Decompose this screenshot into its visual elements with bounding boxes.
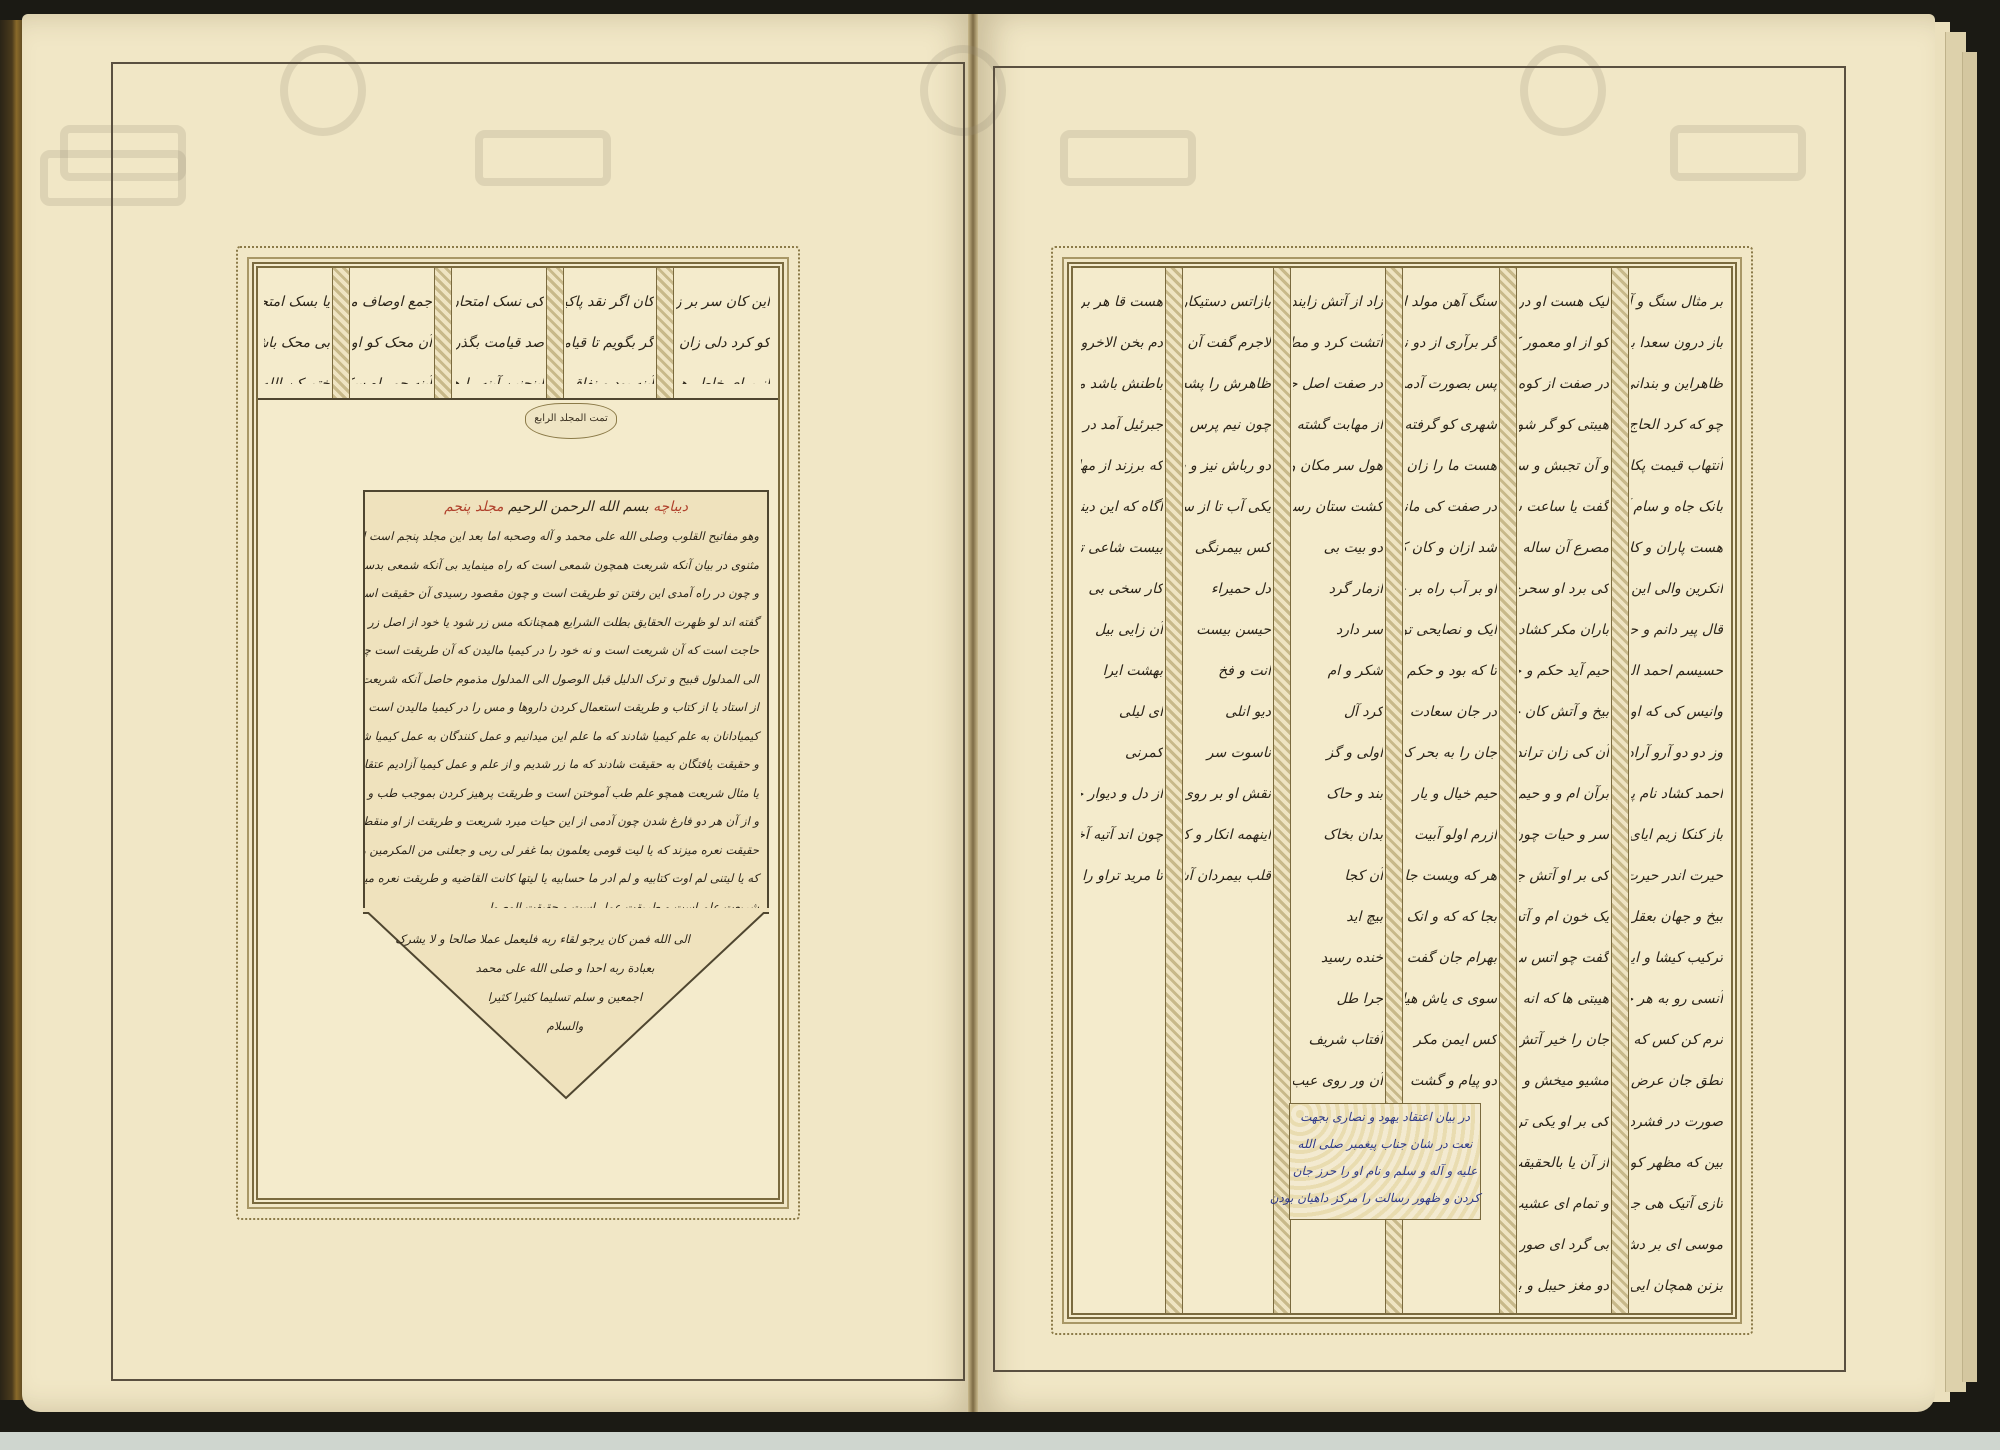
verse-column: لیک هست او در صفت آتش کو از او معمور کرد… — [1519, 282, 1609, 1299]
preface-line: که یا لیتنی لم اوت کتابیه و لم ادر ما حس… — [373, 864, 759, 893]
verse-line: از مهابت گشته سر مصطفی — [1293, 405, 1383, 446]
verse-line: لاجرم گفت آن رسول ذوفنون — [1185, 323, 1271, 364]
verse-line: ای لیلی — [1081, 692, 1163, 733]
verse-line: کشت ستان رسیدن — [1293, 487, 1383, 528]
preface-line: حاجت است که آن شریعت است و نه خود را در … — [373, 636, 759, 665]
verse-line: و تمام ای عشیت ح — [1519, 1184, 1609, 1225]
verse-line: یا بسک امتحان شوش بی — [264, 282, 330, 323]
verse-line: موسی ای بر دش وقت — [1631, 1225, 1723, 1266]
column-divider — [656, 268, 674, 398]
preface-line: یا مثال شریعت همچو علم طب آموختن است و ط… — [373, 779, 759, 808]
preface-line: و از آن هر دو فارغ شدن چون آدمی از این ح… — [373, 807, 759, 836]
preface-tail-text: الی الله فمن کان یرجو لقاء ربه فلیعمل عم… — [440, 925, 690, 1041]
verse-line: نقش او بر روی نوروز — [1185, 774, 1271, 815]
verse-line: باطنش باشد محیط هفت چرخ — [1081, 364, 1163, 405]
verse-line: گر برآری از دو نیت آتشی — [1405, 323, 1497, 364]
verse-line: هیبتی کو گر شود زان سنگی — [1519, 405, 1609, 446]
verse-line: در صفت کی ماند از ایمن — [1405, 487, 1497, 528]
verse-line: از آن یا بالحقیقت ح — [1519, 1143, 1609, 1184]
verse-line: هست پاران و کلاب علم — [1631, 528, 1723, 569]
verse-line: جبرئیل آمد در افزوش کشید — [1081, 405, 1163, 446]
verse-line: کان اگر نقد پاکیزه بی — [566, 282, 654, 323]
verse-line: حیم خیال و یار — [1405, 774, 1497, 815]
verse-line: هر که ویست جان — [1405, 856, 1497, 897]
verse-line: احمد کشاد نام پشیل — [1631, 774, 1723, 815]
verse-line: شد ازان و کان کار — [1405, 528, 1497, 569]
verse-line: بهرام جان گفت — [1405, 938, 1497, 979]
verse-line: بین که مظهر کو جان — [1631, 1143, 1723, 1184]
rubric-heading-box: در بیان اعتقاد یهود و نصاری بجهت نعت در … — [1289, 1103, 1481, 1220]
preface-tail-line: بعبادة ربه احدا و صلی الله علی محمد — [440, 954, 690, 983]
verse-line: در صفت از کوه آهن وار دون — [1519, 364, 1609, 405]
preface-line: و چون در راه آمدی این رفتن تو طریقت است … — [373, 579, 759, 608]
verse-line: حیرت اندر حیرت آمد — [1631, 856, 1723, 897]
verse-column: بازاتس دستیکار روصف تن لاجرم گفت آن رسول… — [1185, 282, 1271, 1299]
rubric-line: علیه و آله و سلم و نام او را حرز جان — [1290, 1158, 1480, 1185]
verse-line: کمرنی — [1081, 733, 1163, 774]
verse-line: آینه جو راه سکوی منعاق — [352, 364, 432, 384]
verse-line: باز درون سعدا برا اهم و ا — [1631, 323, 1723, 364]
preface-line: حقیقت نعره میزند که یا لیت قومی یعلمون ب… — [373, 836, 759, 865]
verse-column: کی نسک امتحان عجب از سدی صد قیامت بگذرد … — [456, 282, 544, 384]
verse-line: ایک و نصایحی تو — [1405, 610, 1497, 651]
verse-line: بر مثال سنگ و آهن این تنی — [1631, 282, 1723, 323]
verse-line: بیخ و آتش کان جبنش — [1519, 692, 1609, 733]
column-divider — [546, 268, 564, 398]
verse-line: ازرم اولو آبیت — [1405, 815, 1497, 856]
verse-line: قال پیر دانم و حقیقت — [1631, 610, 1723, 651]
verse-line: از برای خاطر هر قلبان — [676, 364, 770, 384]
verse-line: کرد آل — [1293, 692, 1383, 733]
verse-line: یکی آب تا از سو — [1185, 487, 1271, 528]
verse-column: کان اگر نقد پاکیزه بی گر بگویم تا قیامت … — [566, 282, 654, 384]
verse-line: بازاتس دستیکار روصف تن — [1185, 282, 1271, 323]
verse-column: یا بسک امتحان شوش بی بی محک باشد نور صعر… — [264, 282, 330, 384]
colophon-cartouche: تمت المجلد الرابع — [525, 403, 617, 439]
verse-line: ختم کن الله اعلم بالوفاق — [264, 364, 330, 384]
preface-heading: دیباچه بسم الله الرحمن الرحیم مجلد پنجم — [373, 492, 759, 522]
preface-line: الی المدلول قبیح و ترک الدلیل قبل الوصول… — [373, 665, 759, 694]
verse-line: آنسی رو به هر حرام — [1631, 979, 1723, 1020]
verse-line: هیبتی ها که انه در — [1519, 979, 1609, 1020]
verse-line: این کان سر بر زند زخرجی — [676, 282, 770, 323]
verse-line: زاد از آتش زاینده و ز آتش — [1293, 282, 1383, 323]
rubric-line: نعت در شان جناب پیغمبر صلی الله — [1290, 1131, 1480, 1158]
verse-line: کس ایمن مکر — [1405, 1020, 1497, 1061]
preface-line: مثنوی در بیان آنکه شریعت همچون شمعی است … — [373, 551, 759, 580]
preface-tail-line: والسلام — [440, 1012, 690, 1041]
column-divider — [332, 268, 350, 398]
verse-line: انکرین والی این السان — [1631, 569, 1723, 610]
verse-line: یک خون ام و آتش — [1519, 897, 1609, 938]
page-edge-right — [1962, 52, 1977, 1382]
verse-line: اینچنین آینه را هرگز مجو — [456, 364, 544, 384]
preface-line: کیمیادانان به علم کیمیا شادند که ما علم … — [373, 722, 759, 751]
preface-line: گفته اند لو ظهرت الحقایق بطلت الشرایع هم… — [373, 608, 759, 637]
verse-line: بیست شاعی ته دی — [1081, 528, 1163, 569]
verse-line: باز کنکا زیم ایای وامانه — [1631, 815, 1723, 856]
verse-line: کی نسک امتحان عجب از سدی — [456, 282, 544, 323]
verse-line: باران مکر کشاده — [1519, 610, 1609, 651]
verse-line: صد قیامت بگذرد و این ناتمام — [456, 323, 544, 364]
verse-line: در صفت اصل جهان این — [1293, 364, 1383, 405]
verse-line: اولی و گز — [1293, 733, 1383, 774]
verse-line: بدان بخاک — [1293, 815, 1383, 856]
verse-line: ظاهراین و بندانی از و تن — [1631, 364, 1723, 405]
verse-line: دل حمیراء — [1185, 569, 1271, 610]
verse-line: بهشت ایرا — [1081, 651, 1163, 692]
verse-line: کو کرد دلی زان جهان — [676, 323, 770, 364]
verse-line: نرم کن کس که برخرد — [1631, 1020, 1723, 1061]
verse-line: خنده رسید — [1293, 938, 1383, 979]
verse-line: دو پیام و گشت — [1405, 1061, 1497, 1102]
verse-line: هست ما را زان سر نشست — [1405, 446, 1497, 487]
verse-line: حسیسم احمد الحق و بدان — [1631, 651, 1723, 692]
verse-line: پس بصورت آدمی فرع جهان — [1405, 364, 1497, 405]
verse-line: از دل و دیوار خون دل — [1081, 774, 1163, 815]
verse-line: تا مرید تراو را از اندازه نیست — [1081, 856, 1163, 897]
verse-line: وانیس کی که او شده — [1631, 692, 1723, 733]
verse-line: هول سر مکان و صد ماهیا — [1293, 446, 1383, 487]
verse-line: جان را خیر آتش — [1519, 1020, 1609, 1061]
verse-line: جان را به بحر کی — [1405, 733, 1497, 774]
verse-line: بجا که که و انک — [1405, 897, 1497, 938]
verse-line: آن زایی بیل — [1081, 610, 1163, 651]
verse-line: سر دارد — [1293, 610, 1383, 651]
verse-line: دو مغز حیبل و بیمار — [1519, 1266, 1609, 1299]
verse-line: جمع اوصاف محک در من روی — [352, 282, 432, 323]
verse-line: آن کی زان تراند ترا — [1519, 733, 1609, 774]
verse-line: سوی ی یاش هیا — [1405, 979, 1497, 1020]
column-divider — [434, 268, 452, 398]
column-divider — [1499, 268, 1517, 1313]
verse-line: لیک هست او در صفت آتش — [1519, 282, 1609, 323]
rubric-line: در بیان اعتقاد یهود و نصاری بجهت — [1290, 1104, 1480, 1131]
verse-line: در جان سعادت بیکان — [1405, 692, 1497, 733]
preface-tail-line: اجمعین و سلم تسلیما کثیرا کثیرا — [440, 983, 690, 1012]
verse-line: کی برد او سحری خالت — [1519, 569, 1609, 610]
preface-tail-line: الی الله فمن کان یرجو لقاء ربه فلیعمل عم… — [440, 925, 690, 954]
verse-line: ترکیب کیشا و این اشرف — [1631, 938, 1723, 979]
verse-line: انت و فخ — [1185, 651, 1271, 692]
verse-line: شهری کو گرفته شرق و غرب — [1405, 405, 1497, 446]
verse-line: قلب بیمردان آشوب محک — [1185, 856, 1271, 897]
verse-line: آن ور روی عیب — [1293, 1061, 1383, 1102]
verse-line: شکر و ام — [1293, 651, 1383, 692]
verse-line: ازمار گرد — [1293, 569, 1383, 610]
verse-line: گر بگویم تا قیامت زین کلام — [566, 323, 654, 364]
verse-line: ظاهرش را پشه آرد بچرخ — [1185, 364, 1271, 405]
verse-line: بزنن همچان ایی رادان — [1631, 1266, 1723, 1299]
verse-line: ناسوت سر — [1185, 733, 1271, 774]
verse-line: بی گرد ای صورت حبش — [1519, 1225, 1609, 1266]
preface-basmala: بسم الله الرحمن الرحیم — [508, 499, 649, 515]
rubric-line: کردن و ظهور رسالت را مرکز داهیان بودن — [1290, 1185, 1480, 1212]
verse-line: کی بر او یکی ترعا — [1519, 1102, 1609, 1143]
book-gutter — [968, 14, 978, 1412]
verse-line: آنتهاب قیمت پکا کان — [1631, 446, 1723, 487]
verse-line: دم بخن الاخرون السابقون — [1081, 323, 1163, 364]
scan-bottom-strip — [0, 1432, 2000, 1450]
verse-line: بیچ اید — [1293, 897, 1383, 938]
verse-line: آن محک کو او نهان وارد صفت — [352, 323, 432, 364]
verse-line: آتشت کرد و مطلع و حکم — [1293, 323, 1383, 364]
top-verse-block: این کان سر بر زند زخرجی کو کرد دلی زان ج… — [258, 268, 778, 400]
verse-line: او بر آب راه بر جای — [1405, 569, 1497, 610]
verse-column: بر مثال سنگ و آهن این تنی باز درون سعدا … — [1631, 282, 1723, 1299]
verse-line: سنگ آهن مولد انگاره — [1405, 282, 1497, 323]
verse-line: نطق جان عرض اه نام — [1631, 1061, 1723, 1102]
verse-line: کار سخی بی — [1081, 569, 1163, 610]
verse-line: دیو انلی — [1185, 692, 1271, 733]
verse-line: آفتاب شریف — [1293, 1020, 1383, 1061]
verse-line: سر و حیات چون گر — [1519, 815, 1609, 856]
verse-column: جمع اوصاف محک در من روی آن محک کو او نها… — [352, 282, 432, 384]
verse-line: دو بیت بی — [1293, 528, 1383, 569]
preface-volume-label: مجلد پنجم — [444, 499, 503, 515]
verse-line: بند و حاک — [1293, 774, 1383, 815]
verse-line: جرا طل — [1293, 979, 1383, 1020]
verse-line: چو که کرد الحاج حمو و امید — [1631, 405, 1723, 446]
verse-line: مشیو میخش و عالم تخ — [1519, 1061, 1609, 1102]
preface-line: وهو مفاتیح القلوب وصلی الله علی محمد و آ… — [373, 522, 759, 551]
verse-line: بیخ و جهان بعقل و بیچ — [1631, 897, 1723, 938]
preface-line: از استاد یا از کتاب و طریقت استعمال کردن… — [373, 693, 759, 722]
verse-column: هست قا هر بر تو او وشعله دم بخن الاخرون … — [1081, 282, 1163, 1299]
verse-line: تا که بود و حکم — [1405, 651, 1497, 692]
verse-line: آینه بود و نفاق باشد او — [566, 364, 654, 384]
column-divider — [1611, 268, 1629, 1313]
verse-line: کو از او معمور کرد و تیغ باز — [1519, 323, 1609, 364]
verse-line: هست قا هر بر تو او وشعله — [1081, 282, 1163, 323]
preface-heading-title: دیباچه — [653, 499, 688, 515]
verse-line: تازی آتیک هی جباب — [1631, 1184, 1723, 1225]
verse-line: گفت یا ساعت سکی و آهن — [1519, 487, 1609, 528]
verse-line: که برزند از مهابت شتر — [1081, 446, 1163, 487]
verse-line: کی بر او آتش جای — [1519, 856, 1609, 897]
verse-line: برآن ام و و حیم جان — [1519, 774, 1609, 815]
verse-line: اینهمه انکار و کفران — [1185, 815, 1271, 856]
verse-line: بی محک باشد نور صعرفت — [264, 323, 330, 364]
preface-line: و حقیقت یافتگان به حقیقت شادند که ما زر … — [373, 750, 759, 779]
verse-line: صورت در فشرده و آن — [1631, 1102, 1723, 1143]
verse-line: آگاه که این دینت گر — [1081, 487, 1163, 528]
verse-line: بانک جاه و سام آنچو کا — [1631, 487, 1723, 528]
verse-line: حیم آید حکم و حکم — [1519, 651, 1609, 692]
verse-line: چون اند آتیه آخر زمان — [1081, 815, 1163, 856]
verse-line: گفت چو اتس سیتی — [1519, 938, 1609, 979]
verse-line: دو رباش نیز و شمشیر — [1185, 446, 1271, 487]
verse-line: کس بیمرنگی — [1185, 528, 1271, 569]
verse-line: مصرع آن ساله حیرت اول — [1519, 528, 1609, 569]
verse-column: این کان سر بر زند زخرجی کو کرد دلی زان ج… — [676, 282, 770, 384]
verse-line: آن کجا — [1293, 856, 1383, 897]
verse-line: حیسن بیست — [1185, 610, 1271, 651]
column-divider — [1165, 268, 1183, 1313]
verse-line: چون نیم پرس هوش شش — [1185, 405, 1271, 446]
preface-block: دیباچه بسم الله الرحمن الرحیم مجلد پنجم … — [363, 490, 769, 914]
verse-line: وز دو دو آرو آراد — [1631, 733, 1723, 774]
verse-line: و آن تجبش و ساز آرای کان — [1519, 446, 1609, 487]
